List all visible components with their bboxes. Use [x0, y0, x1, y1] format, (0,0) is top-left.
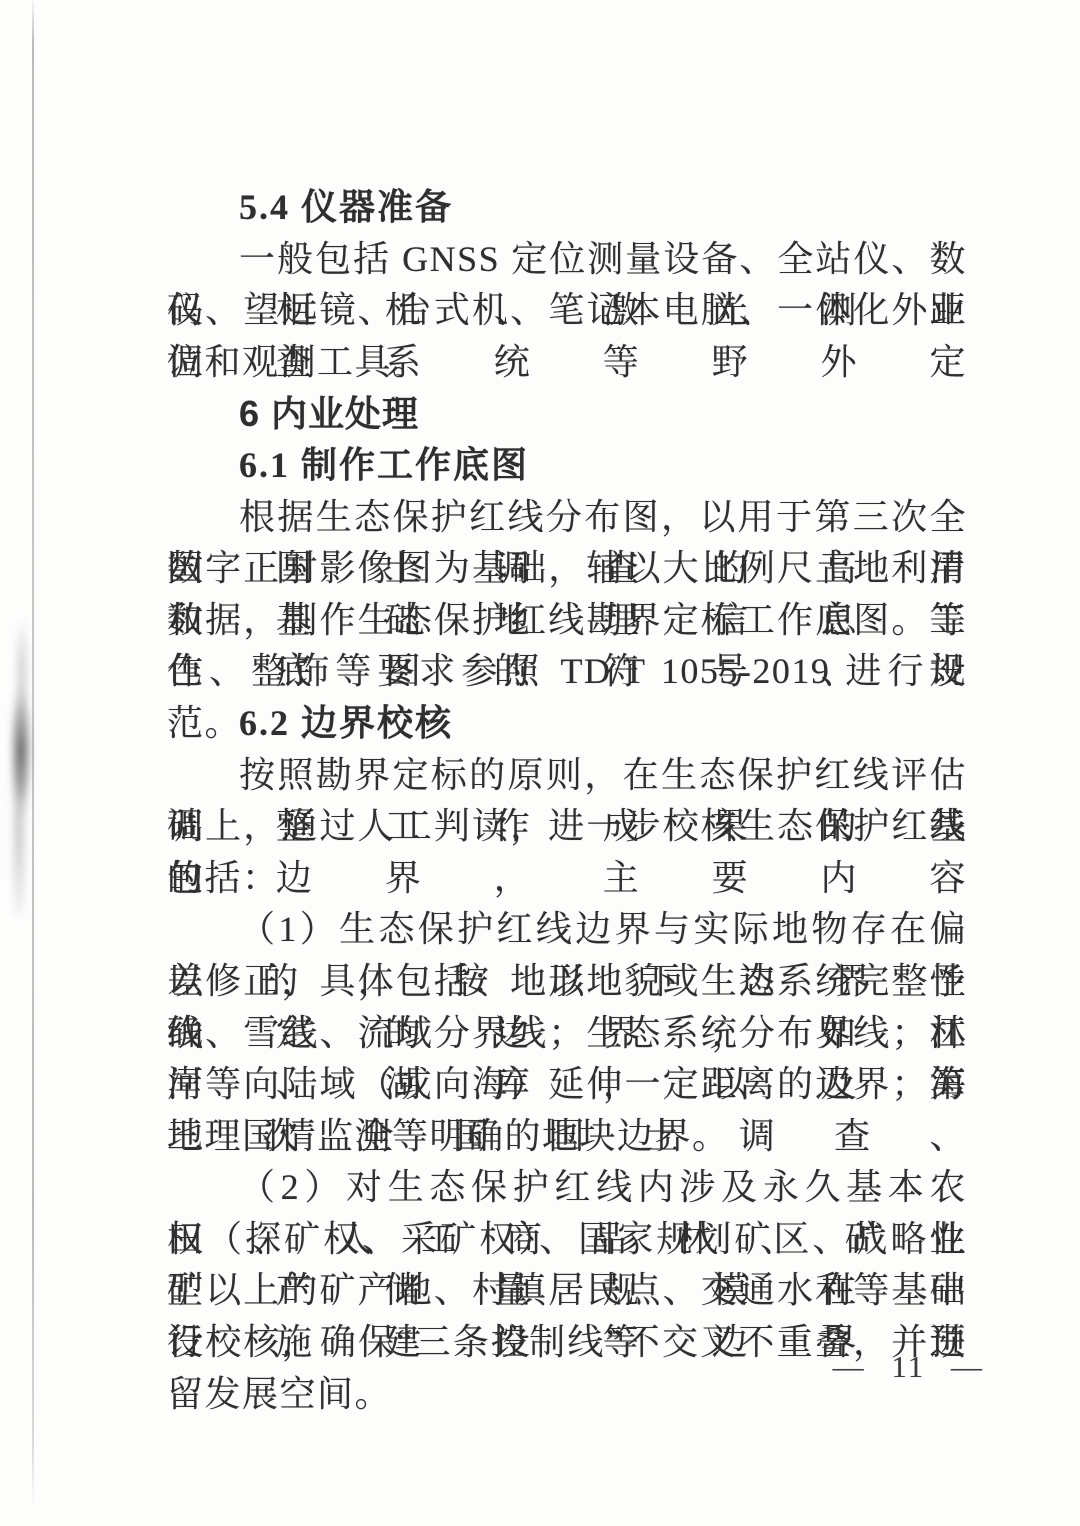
text-line: （2）对生态保护红线内涉及永久基本农田、人工商品林、矿业 [167, 1162, 967, 1214]
text-line: 一般包括 GNSS 定位测量设备、全站仪、数码相机、激光测距 [167, 234, 967, 286]
heading-6-2-boundary-check: 6.2 边界校核 [167, 698, 967, 750]
paragraph-boundary-check-intro: 按照勘界定标的原则，在生态保护红线评估调整工作成果的基 础上，通过人工判读，进一… [167, 750, 967, 905]
paragraph-instrument-list: 一般包括 GNSS 定位测量设备、全站仪、数码相机、激光测距 仪、望远镜、台式机… [167, 234, 967, 389]
document-body: 5.4 仪器准备 一般包括 GNSS 定位测量设备、全站仪、数码相机、激光测距 … [167, 182, 967, 1369]
text-line: 权（探矿权、采矿权）、国家规划矿区、战略性矿产储量规模在中 [167, 1214, 967, 1266]
text-line: 根据生态保护红线分布图，以用于第三次全国国土调查的高清 [167, 492, 967, 544]
text-line: 数字正射影像图为基础，辅以大比例尺土地利用和基础地理信息等 [167, 543, 967, 595]
scan-smudge-artifact [0, 615, 60, 915]
text-line: 数据，制作生态保护红线勘界定标工作底图。工作底图的符号、设 [167, 595, 967, 647]
text-line: 础上，通过人工判读，进一步校核生态保护红线的边界，主要内容 [167, 801, 967, 853]
paragraph-item-2: （2）对生态保护红线内涉及永久基本农田、人工商品林、矿业 权（探矿权、采矿权）、… [167, 1162, 967, 1368]
text-line: 线、雪线、流域分界线；生态系统分布界线；江河、湖库，以及海 [167, 1008, 967, 1060]
text-line: （1）生态保护红线边界与实际地物存在偏差的，按以下边界予 [167, 904, 967, 956]
text-line: 仪、望远镜、台式机、笔记本电脑、一体化外业调查系统等野外定 [167, 285, 967, 337]
text-line: 岸等向陆域（或向海）延伸一定距离的边界；第三次全国国土调查、 [167, 1059, 967, 1111]
page-number: — 11 — [833, 1350, 984, 1384]
document-page: 5.4 仪器准备 一般包括 GNSS 定位测量设备、全站仪、数码相机、激光测距 … [0, 0, 1080, 1526]
text-line: 型以上的矿产地、村镇居民点、交通水利等基础设施建设等边界进 [167, 1265, 967, 1317]
text-line: 按照勘界定标的原则，在生态保护红线评估调整工作成果的基 [167, 750, 967, 802]
text-line: 色、整饰等要求参照 TD/T 1055-2019 进行规范。 [167, 646, 967, 698]
heading-6-1-working-basemap: 6.1 制作工作底图 [167, 440, 967, 492]
heading-6-indoor-processing: 6 内业处理 [167, 388, 967, 440]
text-line: 以修正，具体包括：地形地貌或生态系统完整性确定的边界，如林 [167, 956, 967, 1008]
paragraph-item-1: （1）生态保护红线边界与实际地物存在偏差的，按以下边界予 以修正，具体包括：地形… [167, 904, 967, 1162]
heading-5-4-instrument-preparation: 5.4 仪器准备 [167, 182, 967, 234]
paragraph-basemap: 根据生态保护红线分布图，以用于第三次全国国土调查的高清 数字正射影像图为基础，辅… [167, 492, 967, 698]
